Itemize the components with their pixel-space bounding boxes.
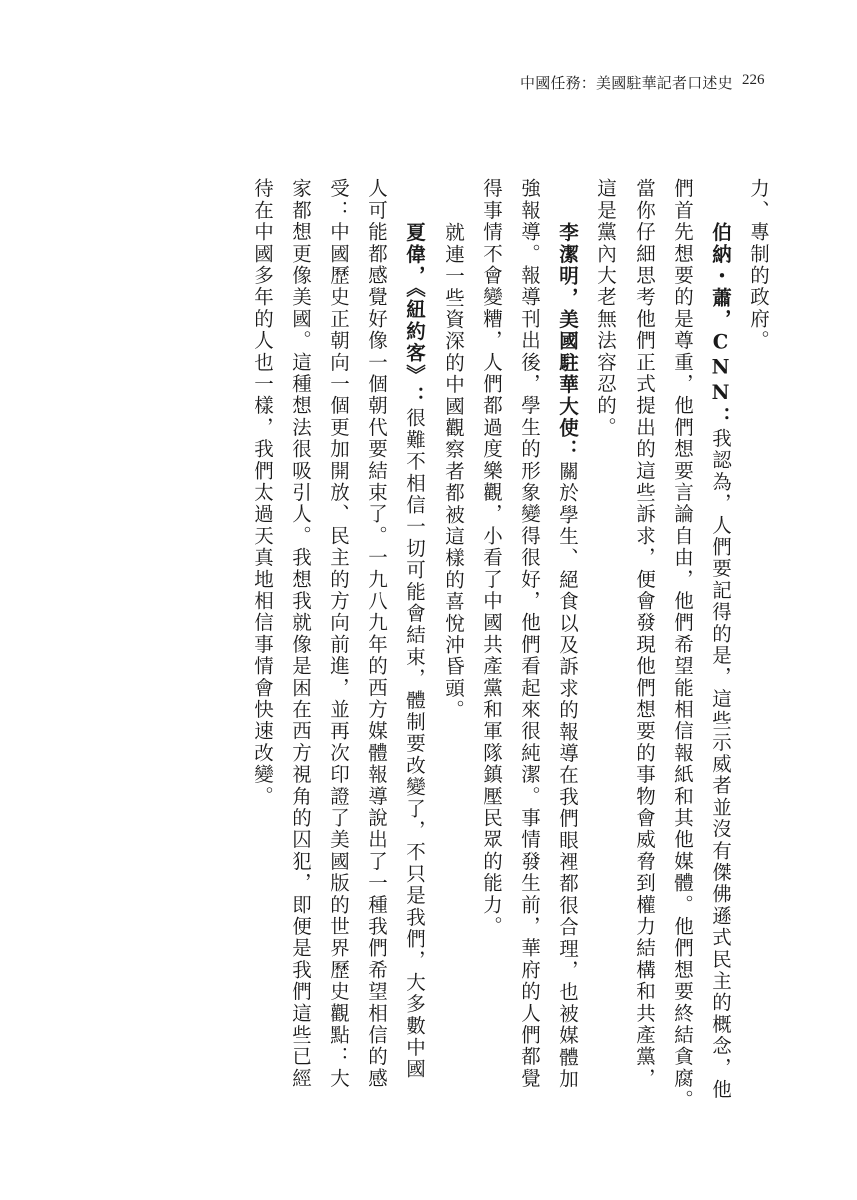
- speaker-label: 伯納・蕭，CNN：: [709, 222, 732, 428]
- text-column-6: 李潔明，美國駐華大使：關於學生、絕食以及訴求的報導在我們眼裡都很合理，也被媒體加: [554, 222, 578, 1090]
- text-column-4: 當你仔細思考他們正式提出的這些訴求，便會發現他們想要的事物會威脅到權力結構和共產…: [631, 178, 655, 1089]
- column-text: 受：中國歷史正朝向一個更加開放、民主的方向前進，並再次印證了美國版的世界歷史觀點…: [327, 178, 350, 1089]
- text-column-14: 待在中國多年的人也一樣，我們太過天真地相信事情會快速改變。: [249, 178, 273, 807]
- column-text: 人可能都感覺好像一個朝代要結束了。一九八九年的西方媒體報導說出了一種我們希望相信…: [365, 178, 388, 1089]
- column-text: 當你仔細思考他們正式提出的這些訴求，便會發現他們想要的事物會威脅到權力結構和共產…: [633, 178, 656, 1089]
- text-column-12: 受：中國歷史正朝向一個更加開放、民主的方向前進，並再次印證了美國版的世界歷史觀點…: [325, 178, 349, 1089]
- text-column-7: 強報導。報導刊出後，學生的形象變得很好，他們看起來很純潔。事情發生前，華府的人們…: [516, 178, 540, 1089]
- text-column-5: 這是黨內大老無法容忍的。: [592, 178, 616, 438]
- speaker-label: 夏偉，《紐約客》：: [403, 222, 426, 408]
- text-column-9: 就連一些資深的中國觀察者都被這樣的喜悅沖昏頭。: [440, 222, 464, 721]
- column-text: 得事情不會變糟，人們都過度樂觀，小看了中國共產黨和軍隊鎮壓民眾的能力。: [480, 178, 503, 938]
- column-text: 家都想更像美國。這種想法很吸引人。我想我就像是困在西方視角的囚犯，即便是我們這些…: [289, 178, 312, 1089]
- column-text: 強報導。報導刊出後，學生的形象變得很好，他們看起來很純潔。事情發生前，華府的人們…: [518, 178, 541, 1089]
- page-number: 226: [742, 72, 765, 89]
- text-column-11: 人可能都感覺好像一個朝代要結束了。一九八九年的西方媒體報導說出了一種我們希望相信…: [363, 178, 387, 1089]
- text-column-3: 們首先想要的是尊重，他們想要言論自由，他們希望能相信報紙和其他媒體。他們想要終結…: [669, 178, 693, 1111]
- column-text: 們首先想要的是尊重，他們想要言論自由，他們希望能相信報紙和其他媒體。他們想要終結…: [671, 178, 694, 1111]
- text-column-13: 家都想更像美國。這種想法很吸引人。我想我就像是困在西方視角的囚犯，即便是我們這些…: [287, 178, 311, 1089]
- column-text: 關於學生、絕食以及訴求的報導在我們眼裡都很合理，也被媒體加: [556, 461, 579, 1090]
- column-text: 力、專制的政府。: [747, 178, 770, 352]
- column-text: 這是黨內大老無法容忍的。: [594, 178, 617, 438]
- running-head: 中國任務：美國駐華記者口述史: [520, 72, 770, 93]
- speaker-label: 李潔明，美國駐華大使：: [556, 222, 579, 461]
- column-text: 很難不相信一切可能會結束，體制要改變了，不只是我們，大多數中國: [403, 408, 426, 1081]
- text-column-8: 得事情不會變糟，人們都過度樂觀，小看了中國共產黨和軍隊鎮壓民眾的能力。: [478, 178, 502, 938]
- column-text: 就連一些資深的中國觀察者都被這樣的喜悅沖昏頭。: [442, 222, 465, 721]
- text-column-2: 伯納・蕭，CNN：我認為，人們要記得的是，這些示威者並沒有傑佛遜式民主的概念，他: [707, 222, 731, 1101]
- column-text: 我認為，人們要記得的是，這些示威者並沒有傑佛遜式民主的概念，他: [709, 428, 732, 1101]
- text-column-1: 力、專制的政府。: [745, 178, 769, 352]
- column-text: 待在中國多年的人也一樣，我們太過天真地相信事情會快速改變。: [251, 178, 274, 807]
- text-column-10: 夏偉，《紐約客》：很難不相信一切可能會結束，體制要改變了，不只是我們，大多數中國: [401, 222, 425, 1080]
